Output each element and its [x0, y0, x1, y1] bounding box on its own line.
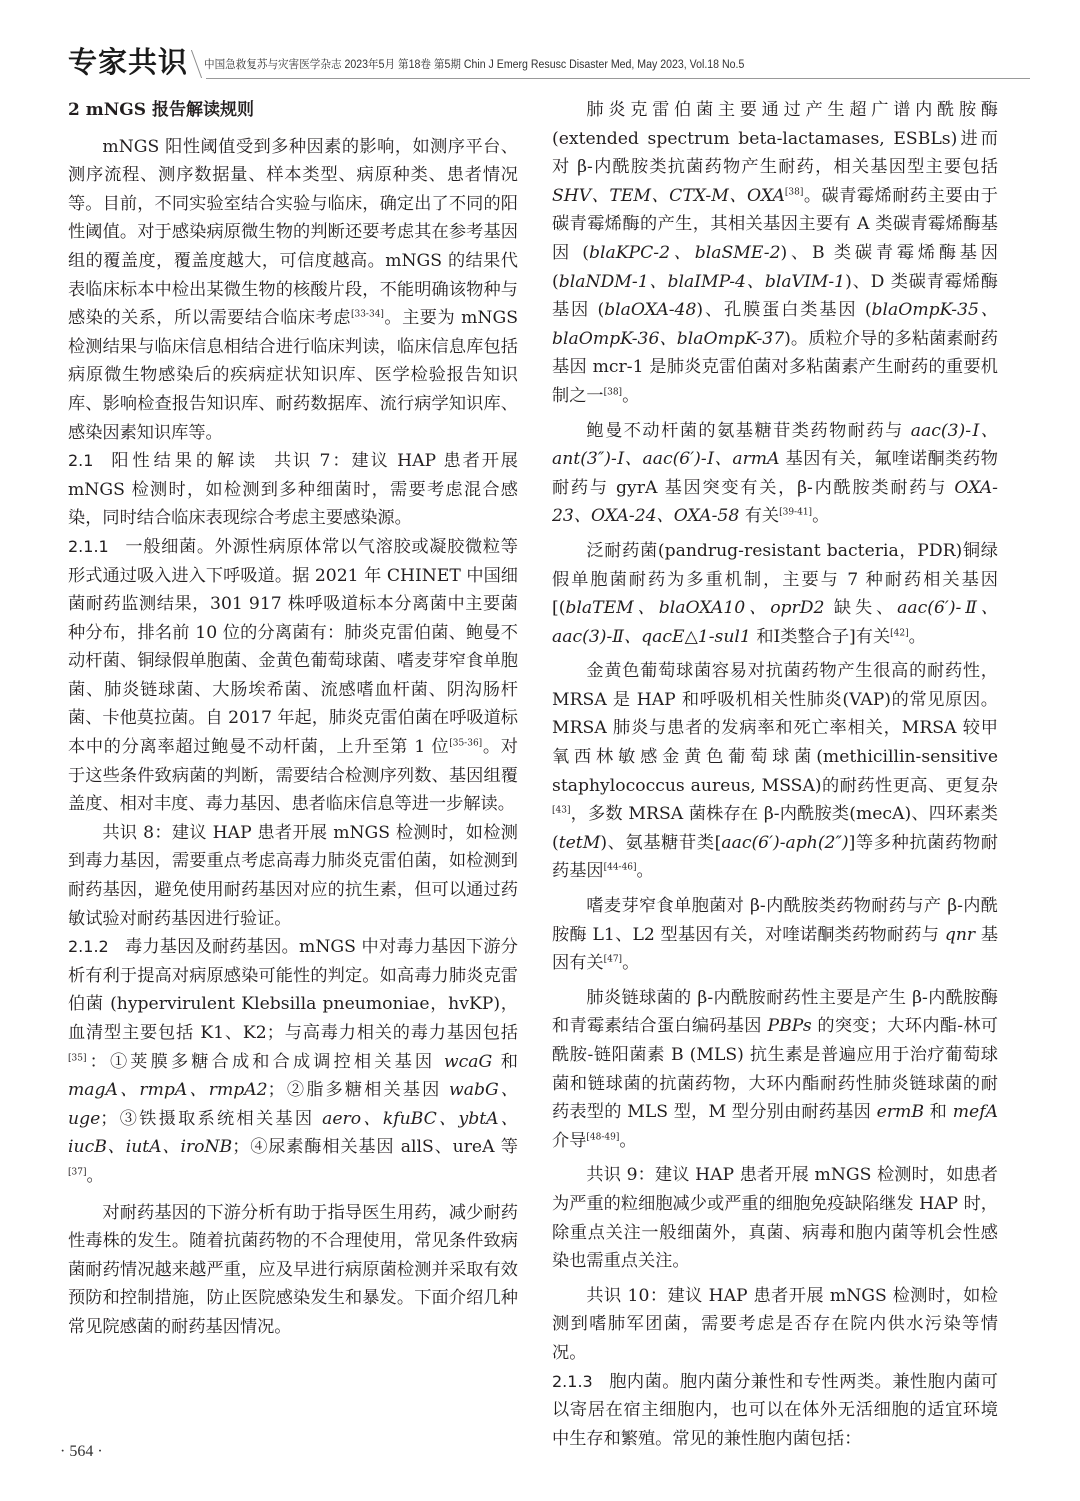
text: 一般细菌。外源性病原体常以气溶胶或凝胶微粒等形式通过吸入进入下呼吸道。据 202…: [68, 537, 518, 757]
subsection-number: 2.1.2: [68, 937, 109, 956]
text: 有关: [739, 506, 779, 526]
subsection-2-1: 2.1阳性结果的解读 共识 7：建议 HAP 患者开展 mNGS 检测时，如检测…: [68, 447, 518, 533]
gene-name: mefA: [953, 1102, 998, 1122]
header-rule: [206, 78, 1030, 79]
text: ；③铁摄取系统相关基因: [100, 1109, 322, 1129]
consensus-8: 共识 8：建议 HAP 患者开展 mNGS 检测时，如检测到毒力基因，需要重点考…: [68, 819, 518, 933]
citation: [44-46]: [604, 863, 637, 873]
text: 和: [492, 1052, 518, 1072]
gene-name: blaNDM-1、blaIMP-4、blaVIM-1: [559, 272, 845, 292]
gene-name: blaTEM、blaOXA10、oprD2: [565, 598, 824, 618]
citation: [47]: [604, 954, 622, 964]
citation: [35-36]: [449, 738, 482, 748]
text: ：①荚膜多糖合成和合成调控相关基因: [86, 1052, 443, 1072]
citation: [37]: [68, 1167, 86, 1177]
paragraph-streptococcus: 肺炎链球菌的 β-内酰胺耐药性主要是产生 β-内酰胺酶和青霉素结合蛋白编码基因 …: [552, 984, 998, 1156]
right-column: 肺炎克雷伯菌主要通过产生超广谱内酰胺酶 (extended spectrum b…: [552, 96, 998, 1453]
citation: [38]: [785, 187, 803, 197]
citation: [35]: [68, 1053, 86, 1063]
text: 。: [812, 506, 829, 526]
citation: [38]: [604, 387, 622, 397]
gene-name: magA、rmpA、rmpA2: [68, 1080, 268, 1100]
consensus-10: 共识 10：建议 HAP 患者开展 mNGS 检测时，如检测到嗜肺军团菌，需要考…: [552, 1282, 998, 1368]
gene-name: blaKPC-2、blaSME-2: [589, 243, 781, 263]
citation: [43]: [552, 806, 570, 816]
gene-name: wcaG: [444, 1052, 492, 1072]
text: 金黄色葡萄球菌容易对抗菌药物产生很高的耐药性，MRSA 是 HAP 和呼吸机相关…: [552, 661, 998, 795]
text: 。: [622, 386, 639, 406]
paragraph-mngs-threshold: mNGS 阳性阈值受到多种因素的影响，如测序平台、测序流程、测序数据量、样本类型…: [68, 133, 518, 448]
text: 。: [909, 627, 926, 647]
gene-name: qnr: [945, 925, 975, 945]
subsection-number: 2.1: [68, 451, 93, 470]
text: 。: [622, 953, 639, 973]
text: 。主要为 mNGS 检测结果与临床信息相结合进行临床判读，临床信息库包括病原微生…: [68, 308, 518, 442]
citation: [48-49]: [586, 1132, 619, 1142]
text: 和Ⅰ类整合子]有关: [751, 627, 890, 647]
gene-name: ermB: [877, 1102, 924, 1122]
gene-name: blaOXA-48: [604, 300, 696, 320]
subsection-2-1-2: 2.1.2毒力基因及耐药基因。mNGS 中对毒力基因下游分析有利于提高对病原感染…: [68, 933, 518, 1190]
section-heading: 2 mNGS 报告解读规则: [68, 96, 518, 125]
text: 鲍曼不动杆菌的氨基糖苷类药物耐药与: [586, 421, 910, 441]
paragraph-resistance-genes: 对耐药基因的下游分析有助于指导医生用药，减少耐药性毒株的发生。随着抗菌药物的不合…: [68, 1199, 518, 1342]
paragraph-acinetobacter: 鲍曼不动杆菌的氨基糖苷类药物耐药与 aac(3)-Ⅰ、ant(3″)-Ⅰ、aac…: [552, 417, 998, 531]
citation: [42]: [890, 628, 908, 638]
citation: [39-41]: [779, 508, 812, 518]
gene-name: tetM: [559, 833, 601, 853]
section-label: 专家共识: [68, 44, 188, 80]
journal-info: 中国急救复苏与灾害医学杂志 2023年5月 第18卷 第5期 Chin J Em…: [204, 56, 744, 72]
subsection-2-1-1: 2.1.1一般细菌。外源性病原体常以气溶胶或凝胶微粒等形式通过吸入进入下呼吸道。…: [68, 533, 518, 819]
gene-name: aac(6′)-aph(2″): [721, 833, 848, 853]
subsection-number: 2.1.1: [68, 537, 109, 556]
text: 介导: [552, 1131, 586, 1151]
text: )、孔膜蛋白类基因 (: [696, 300, 871, 320]
subsection-number: 2.1.3: [552, 1372, 593, 1391]
text: 。: [86, 1166, 103, 1186]
subsection-2-1-3: 2.1.3胞内菌。胞内菌分兼性和专性两类。兼性胞内菌可以寄居在宿主细胞内，也可以…: [552, 1368, 998, 1454]
text: mNGS 阳性阈值受到多种因素的影响，如测序平台、测序流程、测序数据量、样本类型…: [68, 137, 518, 329]
paragraph-klebsiella: 肺炎克雷伯菌主要通过产生超广谱内酰胺酶 (extended spectrum b…: [552, 96, 998, 411]
text: 缺失、: [825, 598, 898, 618]
text: ；④尿素酶相关基因 allS、ureA 等: [232, 1137, 518, 1157]
text: 肺炎克雷伯菌主要通过产生超广谱内酰胺酶 (extended spectrum b…: [552, 100, 998, 177]
left-column: 2 mNGS 报告解读规则 mNGS 阳性阈值受到多种因素的影响，如测序平台、测…: [68, 96, 518, 1342]
paragraph-stenotrophomonas: 嗜麦芽窄食单胞菌对 β-内酰胺类药物耐药与产 β-内酰胺酶 L1、L2 型基因有…: [552, 892, 998, 978]
consensus-9: 共识 9：建议 HAP 患者开展 mNGS 检测时，如患者为严重的粒细胞减少或严…: [552, 1161, 998, 1275]
text: 。: [619, 1131, 636, 1151]
citation: [33-34]: [351, 309, 384, 319]
text: 毒力基因及耐药基因。mNGS 中对毒力基因下游分析有利于提高对病原感染可能性的判…: [68, 937, 518, 1043]
paragraph-pseudomonas: 泛耐药菌(pandrug-resistant bacteria，PDR)铜绿假单…: [552, 537, 998, 651]
text: 。: [637, 861, 654, 881]
text: 和: [924, 1102, 953, 1122]
page-number: · 564 ·: [60, 1443, 103, 1461]
text: ；②脂多糖相关基因: [268, 1080, 449, 1100]
text: 胞内菌。胞内菌分兼性和专性两类。兼性胞内菌可以寄居在宿主细胞内，也可以在体外无活…: [552, 1372, 998, 1449]
page-header: 专家共识 中国急救复苏与灾害医学杂志 2023年5月 第18卷 第5期 Chin…: [68, 44, 980, 84]
gene-name: SHV、TEM、CTX-M、OXA: [552, 186, 785, 206]
paragraph-staphylococcus: 金黄色葡萄球菌容易对抗菌药物产生很高的耐药性，MRSA 是 HAP 和呼吸机相关…: [552, 657, 998, 886]
gene-name: PBPs: [768, 1016, 812, 1036]
subsection-title: 阳性结果的解读: [109, 451, 259, 471]
text: )、氨基糖苷类[: [600, 833, 721, 853]
text: 嗜麦芽窄食单胞菌对 β-内酰胺类药物耐药与产 β-内酰胺酶 L1、L2 型基因有…: [552, 896, 998, 945]
